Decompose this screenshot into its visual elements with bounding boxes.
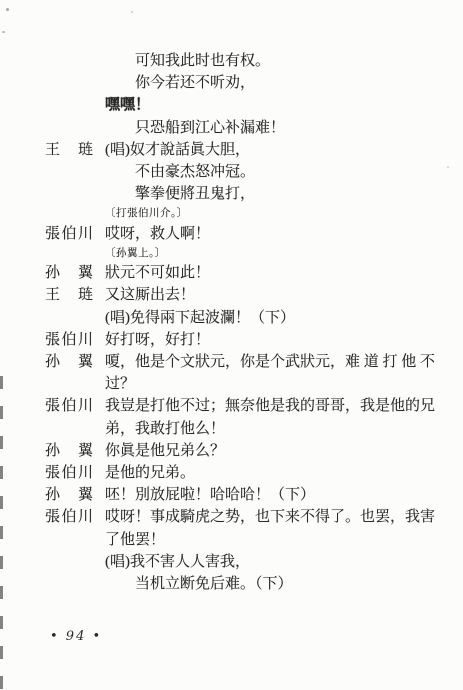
- speaker-name: 孙 翼: [45, 353, 93, 371]
- script-line: 張伯川我豈是打他不过；無奈他是我的哥哥，我是他的兄: [45, 397, 457, 419]
- dialogue-text: 擎拳便將丑鬼打，: [135, 186, 255, 202]
- dialogue-text: (唱)我不害人人害我，: [105, 554, 250, 570]
- dialogue-text: 当机立断免后难。（下）: [135, 576, 293, 592]
- dialogue-text: 你眞是他兄弟么？: [105, 443, 225, 459]
- script-line: 孙 翼呸！別放屁啦！哈哈哈！（下）: [45, 486, 457, 508]
- script-line: 可知我此时也有权。: [135, 52, 457, 74]
- dialogue-text: 是他的兄弟。: [105, 465, 195, 481]
- dialogue-text: 哎呀，救人啊！: [105, 226, 210, 242]
- speaker-name: 孙 翼: [45, 442, 93, 460]
- speaker-name: 王 琏: [45, 141, 93, 159]
- speaker-name: 張伯川: [45, 508, 93, 526]
- stage-direction-line: 〔孙翼上。〕: [105, 247, 457, 264]
- speaker-name: 孙 翼: [45, 486, 93, 504]
- speaker-name: 王 琏: [45, 286, 93, 304]
- dialogue-text: 过？: [105, 376, 135, 392]
- speaker-name: 張伯川: [45, 225, 93, 243]
- scan-speck: [131, 11, 133, 13]
- dialogue-text: 可知我此时也有权。: [135, 53, 270, 69]
- binding-marks: [0, 376, 3, 690]
- scan-speck: [6, 8, 9, 11]
- script-line: 張伯川是他的兄弟。: [45, 464, 457, 486]
- speaker-name: 張伯川: [45, 464, 93, 482]
- dialogue-text: 弟，我敢打他么！: [105, 421, 225, 437]
- speaker-name: 孙 翼: [45, 264, 93, 282]
- scan-speck: [2, 31, 5, 33]
- dialogue-text: (唱)奴才說話眞大胆，: [105, 142, 250, 158]
- script-line: 孙 翼你眞是他兄弟么？: [45, 442, 457, 464]
- script-line: 了他罢！: [105, 531, 457, 553]
- stage-direction-line: 〔打張伯川介。〕: [105, 207, 457, 224]
- dialogue-text: (唱)免得兩下起波瀾！（下）: [105, 310, 295, 326]
- script-line: 王 琏(唱)奴才說話眞大胆，: [45, 141, 457, 163]
- dialogue-text: 我豈是打他不过；無奈他是我的哥哥，我是他的兄: [105, 398, 435, 414]
- dialogue-text: 又这厮出去！: [105, 287, 195, 303]
- script-line: 你今若还不听劝，: [135, 74, 457, 96]
- stage-direction-text: 〔孙翼上。〕: [105, 248, 166, 259]
- dialogue-text: 狀元不可如此！: [105, 265, 210, 281]
- dialogue-text: 嘿嘿！: [105, 97, 150, 113]
- stage-direction-text: 〔打張伯川介。〕: [105, 208, 188, 219]
- dialogue-text: 只恐船到江心补漏难！: [135, 120, 285, 136]
- script-line: (唱)我不害人人害我，: [105, 553, 457, 575]
- dialogue-text: 哎呀！事成騎虎之势，也下来不得了。也罢，我害: [105, 509, 435, 525]
- script-line: 过？: [105, 375, 457, 397]
- dialogue-text: 不由豪杰怒冲冠。: [135, 164, 255, 180]
- dialogue-text: 好打呀，好打！: [105, 332, 210, 348]
- book-page: 可知我此时也有权。你今若还不听劝，嘿嘿！只恐船到江心补漏难！王 琏(唱)奴才說話…: [0, 0, 463, 690]
- speaker-name: 張伯川: [45, 397, 93, 415]
- dialogue-text: 呸！別放屁啦！哈哈哈！（下）: [105, 487, 315, 503]
- script-line: 張伯川哎呀！事成騎虎之势，也下来不得了。也罢，我害: [45, 508, 457, 530]
- script-line: 張伯川好打呀，好打！: [45, 331, 457, 353]
- script-line: 嘿嘿！: [105, 96, 457, 118]
- script-line: 孙 翼狀元不可如此！: [45, 264, 457, 286]
- dialogue-text: 你今若还不听劝，: [135, 75, 255, 91]
- script-line: 王 琏又这厮出去！: [45, 286, 457, 308]
- dialogue-text: 嗄，他是个文狀元，你是个武狀元，难 道 打 他 不: [105, 354, 435, 370]
- script-line: 孙 翼嗄，他是个文狀元，你是个武狀元，难 道 打 他 不: [45, 353, 457, 375]
- script-line: 擎拳便將丑鬼打，: [135, 185, 457, 207]
- script-line: 当机立断免后难。（下）: [135, 575, 457, 597]
- script-line: 弟，我敢打他么！: [105, 420, 457, 442]
- script-line: 不由豪杰怒冲冠。: [135, 163, 457, 185]
- script-line: (唱)免得兩下起波瀾！（下）: [105, 309, 457, 331]
- page-number: • 94 •: [50, 629, 102, 644]
- dialogue-text: 了他罢！: [105, 532, 165, 548]
- script-line: 只恐船到江心补漏难！: [135, 119, 457, 141]
- speaker-name: 張伯川: [45, 331, 93, 349]
- script-body: 可知我此时也有权。你今若还不听劝，嘿嘿！只恐船到江心补漏难！王 琏(唱)奴才說話…: [45, 52, 457, 597]
- script-line: 張伯川哎呀，救人啊！: [45, 225, 457, 247]
